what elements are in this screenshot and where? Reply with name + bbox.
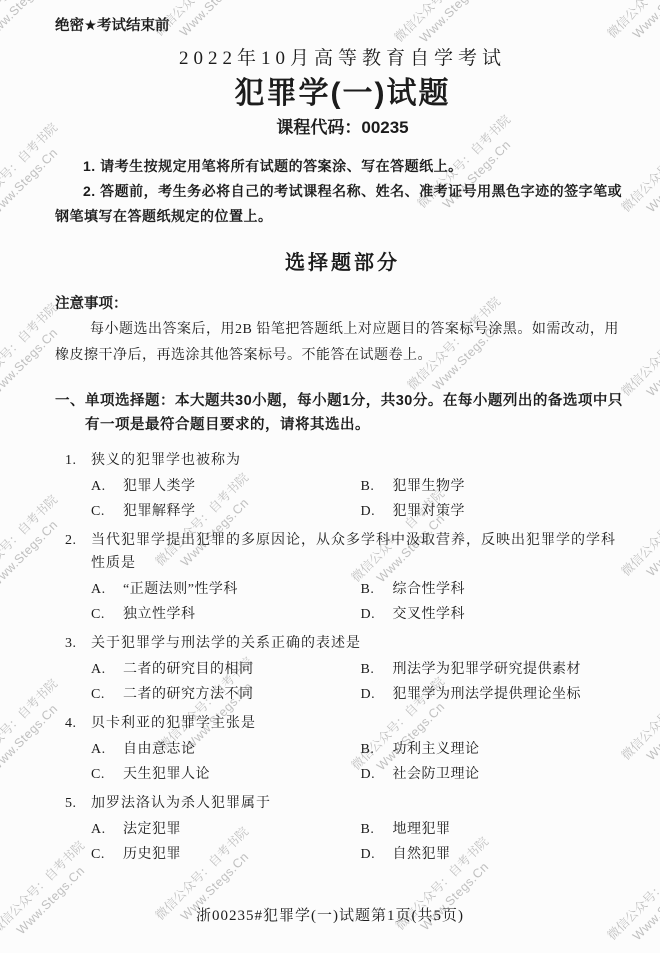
instruction-item-2: 2. 答题前，考生务必将自己的考试课程名称、姓名、准考证号用黑色字迹的签字笔或钢… [55, 179, 630, 229]
question-options: A. 犯罪人类学 B. 犯罪生物学 C. 犯罪解释学 D. 犯罪对策学 [65, 474, 630, 523]
exam-paper-page: 微信公众号：自考书院Www.Stegs.Cn微信公众号：自考书院Www.Steg… [0, 0, 660, 953]
option-text: 自由意志论 [123, 738, 196, 762]
question: 3. 关于犯罪学与刑法学的关系正确的表述是 A. 二者的研究目的相同 B. 刑法… [55, 632, 630, 706]
question-number: 3. [65, 632, 91, 655]
answer-option: D. 交叉性学科 [361, 603, 631, 627]
option-label: B. [361, 658, 393, 682]
instruction-item-1: 1. 请考生按规定用笔将所有试题的答案涂、写在答题纸上。 [55, 154, 630, 179]
option-text: 交叉性学科 [393, 603, 466, 627]
option-label: A. [91, 475, 123, 499]
option-label: B. [361, 578, 393, 602]
answer-option: D. 犯罪对策学 [361, 500, 631, 524]
option-text: 独立性学科 [123, 603, 196, 627]
page-content: 绝密★考试结束前 2022年10月高等教育自学考试 犯罪学(一)试题 课程代码：… [0, 0, 660, 866]
option-text: 犯罪人类学 [123, 475, 196, 499]
answer-option: D. 自然犯罪 [361, 843, 631, 867]
question-stem: 加罗法洛认为杀人犯罪属于 [91, 792, 630, 815]
question: 1. 狭义的犯罪学也被称为 A. 犯罪人类学 B. 犯罪生物学 C. 犯罪解释学… [55, 449, 630, 523]
option-text: 自然犯罪 [393, 843, 451, 867]
answer-option: A. 自由意志论 [91, 738, 361, 762]
option-text: 地理犯罪 [393, 818, 451, 842]
page-footer: 浙00235#犯罪学(一)试题第1页(共5页) [0, 904, 660, 925]
option-text: 犯罪生物学 [393, 475, 466, 499]
question-options: A. 二者的研究目的相同 B. 刑法学为犯罪学研究提供素材 C. 二者的研究方法… [65, 657, 630, 706]
option-label: B. [361, 818, 393, 842]
option-label: D. [361, 763, 393, 787]
question-number: 1. [65, 449, 91, 472]
classification-label: 绝密★考试结束前 [55, 18, 630, 34]
option-label: B. [361, 738, 393, 762]
option-text: 二者的研究方法不同 [123, 683, 254, 707]
question-number: 4. [65, 712, 91, 735]
answer-option: A. “正题法则”性学科 [91, 578, 361, 602]
course-code-label: 课程代码：00235 [55, 116, 630, 140]
option-text: 综合性学科 [393, 578, 466, 602]
answer-option: D. 社会防卫理论 [361, 763, 631, 787]
option-label: C. [91, 500, 123, 524]
option-text: 天生犯罪人论 [123, 763, 210, 787]
option-label: D. [361, 500, 393, 524]
option-label: D. [361, 683, 393, 707]
answer-option: B. 犯罪生物学 [361, 475, 631, 499]
exam-session-title: 2022年10月高等教育自学考试 [55, 46, 630, 72]
question-stem: 当代犯罪学提出犯罪的多原因论，从众多学科中汲取营养，反映出犯罪学的学科性质是 [91, 529, 630, 575]
option-text: 犯罪解释学 [123, 500, 196, 524]
option-label: A. [91, 818, 123, 842]
option-text: 功利主义理论 [393, 738, 480, 762]
section-heading: 选择题部分 [55, 249, 630, 277]
option-label: C. [91, 683, 123, 707]
answer-option: A. 犯罪人类学 [91, 475, 361, 499]
paper-title: 犯罪学(一)试题 [55, 74, 630, 114]
option-text: 社会防卫理论 [393, 763, 480, 787]
question-stem: 贝卡利亚的犯罪学主张是 [91, 712, 630, 735]
answer-option: C. 天生犯罪人论 [91, 763, 361, 787]
option-label: C. [91, 843, 123, 867]
question: 4. 贝卡利亚的犯罪学主张是 A. 自由意志论 B. 功利主义理论 C. 天生犯… [55, 712, 630, 786]
answer-option: A. 二者的研究目的相同 [91, 658, 361, 682]
answer-option: C. 犯罪解释学 [91, 500, 361, 524]
answer-option: C. 历史犯罪 [91, 843, 361, 867]
question-list: 1. 狭义的犯罪学也被称为 A. 犯罪人类学 B. 犯罪生物学 C. 犯罪解释学… [55, 449, 630, 866]
question-stem: 狭义的犯罪学也被称为 [91, 449, 630, 472]
question-number: 5. [65, 792, 91, 815]
notes-body: 每小题选出答案后，用2B 铅笔把答题纸上对应题目的答案标号涂黑。如需改动，用橡皮… [55, 317, 630, 369]
answer-option: A. 法定犯罪 [91, 818, 361, 842]
option-label: B. [361, 475, 393, 499]
option-text: 犯罪学为刑法学提供理论坐标 [393, 683, 582, 707]
answer-option: D. 犯罪学为刑法学提供理论坐标 [361, 683, 631, 707]
option-label: D. [361, 603, 393, 627]
question: 2. 当代犯罪学提出犯罪的多原因论，从众多学科中汲取营养，反映出犯罪学的学科性质… [55, 529, 630, 626]
part-one-heading: 一、单项选择题：本大题共30小题，每小题1分，共30分。在每小题列出的备选项中只… [55, 389, 630, 437]
notes-label: 注意事项： [55, 293, 630, 315]
watermark-line2: Www.Stegs.Cn [13, 862, 90, 939]
option-label: A. [91, 658, 123, 682]
question-options: A. “正题法则”性学科 B. 综合性学科 C. 独立性学科 D. 交叉性学科 [65, 577, 630, 626]
answer-option: B. 地理犯罪 [361, 818, 631, 842]
option-text: 二者的研究目的相同 [123, 658, 254, 682]
question-options: A. 自由意志论 B. 功利主义理论 C. 天生犯罪人论 D. 社会防卫理论 [65, 737, 630, 786]
answer-option: C. 独立性学科 [91, 603, 361, 627]
option-text: “正题法则”性学科 [123, 578, 238, 602]
question-stem: 关于犯罪学与刑法学的关系正确的表述是 [91, 632, 630, 655]
question-number: 2. [65, 529, 91, 575]
option-label: D. [361, 843, 393, 867]
answer-option: C. 二者的研究方法不同 [91, 683, 361, 707]
option-label: C. [91, 763, 123, 787]
candidate-instructions: 1. 请考生按规定用笔将所有试题的答案涂、写在答题纸上。 2. 答题前，考生务必… [55, 154, 630, 229]
option-label: A. [91, 738, 123, 762]
answer-option: B. 功利主义理论 [361, 738, 631, 762]
option-text: 法定犯罪 [123, 818, 181, 842]
question-options: A. 法定犯罪 B. 地理犯罪 C. 历史犯罪 D. 自然犯罪 [65, 817, 630, 866]
answer-option: B. 刑法学为犯罪学研究提供素材 [361, 658, 631, 682]
answer-option: B. 综合性学科 [361, 578, 631, 602]
option-text: 历史犯罪 [123, 843, 181, 867]
option-label: A. [91, 578, 123, 602]
option-label: C. [91, 603, 123, 627]
option-text: 刑法学为犯罪学研究提供素材 [393, 658, 582, 682]
question: 5. 加罗法洛认为杀人犯罪属于 A. 法定犯罪 B. 地理犯罪 C. 历史犯罪 … [55, 792, 630, 866]
option-text: 犯罪对策学 [393, 500, 466, 524]
